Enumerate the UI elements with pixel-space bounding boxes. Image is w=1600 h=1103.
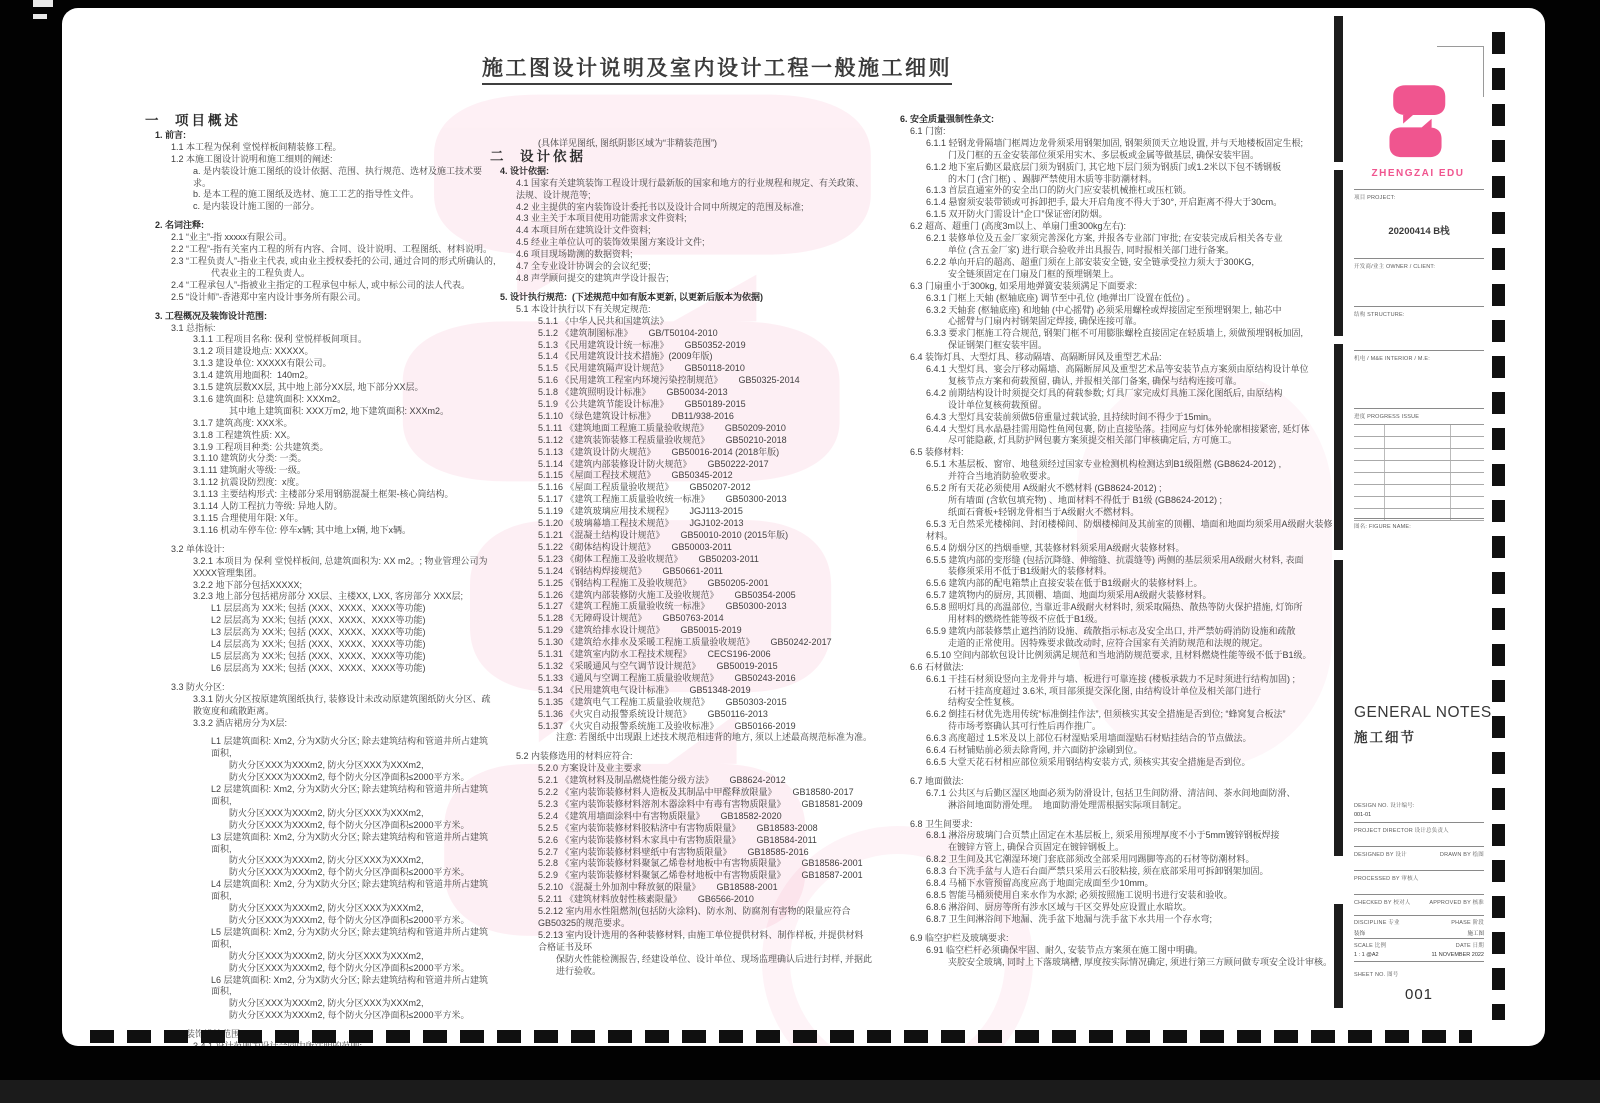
drawn-by-label: DRAWN BY 绘图: [1440, 850, 1484, 858]
text-line: 3.2.3 地上部分包括裙房部分 XX层、主楼XX, LXX, 客房部分 XXX…: [145, 591, 497, 603]
text-line: 5.1.4 《民用建筑设计技术措施》(2009年版): [490, 351, 872, 363]
text-line: 5.1.23 《砌体工程施工及验收规范》GB50203-2011: [490, 554, 872, 566]
text-line: 6.5.6 建筑内部的配电箱禁止直接安装在低于B1级耐火的装修材料上。: [900, 578, 1338, 590]
text-line: 5.1.32 《采暖通风与空气调节设计规范》GB50019-2015: [490, 661, 872, 673]
text-line: 在镀锌方管上, 确保合页固定在镀锌钢板上。: [900, 842, 1338, 854]
text-line: 防火分区XXX为XXXm2, 每个防火分区净面积≤2000平方米。: [145, 820, 497, 832]
text-line: 1.2 本施工图设计说明和施工细则的阐述:: [145, 154, 497, 166]
text-line: 防火分区XXX为XXXm2, 每个防火分区净面积≤2000平方米。: [145, 867, 497, 879]
text-line: 注意: 若图纸中出现跟上述技术规范相违背的地方, 须以上述最高规范标准为准。: [490, 732, 872, 744]
text-line: 6.5.7 建筑物内的厨房, 其顶棚、墙面、地面均须采用A级耐火装修材料。: [900, 590, 1338, 602]
text-line: 6.5.3 无自然采光楼梯间、封闭楼梯间、防烟楼梯间及其前室的顶棚、墙面和地面均…: [900, 519, 1338, 543]
divider: [1354, 961, 1484, 962]
me-label: 机电 / M&E INTERIOR / M.E:: [1354, 354, 1484, 362]
text-line: 防火分区XXX为XXXm2, 每个防火分区净面积≤2000平方米。: [145, 1010, 497, 1022]
text-line: 5.1.24 《钢结构焊接规范》GB50661-2011: [490, 566, 872, 578]
text-line: 6.4.2 前期结构设计时须提交灯具的荷载参数; 灯具厂家完成灯具施工深化图纸后…: [900, 388, 1338, 400]
text-line: 3.2.1 本项目为 保利 堂悦样板间, 总建筑面积为: XX m2。; 物业管…: [145, 556, 497, 580]
text-line: 5.2.12 室内用水性阻燃剂(包括防火涂料)、防水剂、防腐剂有害物的限量应符合…: [490, 906, 872, 930]
sheet-no-label: SHEET NO. 图号: [1354, 970, 1484, 978]
text-line: 夹胶安全玻璃, 同时上下落玻璃槽, 厚度按实际情况确定, 须进行第三方顾问做专项…: [900, 957, 1338, 969]
progress-row: [1354, 449, 1484, 461]
text-line: 4.7 全专业设计协调会的会议纪要;: [490, 261, 872, 273]
notes-column-3: 6. 安全质量强制性条文:6.1 门窗:6.1.1 轻钢龙骨隔墙门框周边龙骨须采…: [900, 114, 1338, 968]
text-line: 6.8.5 智能马桶须使用自来水作为水源; 必须按照施工说明书进行安装和验收。: [900, 890, 1338, 902]
text-line: 防火分区XXX为XXXm2, 防火分区XXX为XXXm2,: [145, 808, 497, 820]
text-line: 6.8 卫生间要求:: [900, 819, 1338, 831]
divider: [1354, 258, 1484, 259]
text-line: 5.1.26 《建筑内部装修防火施工及验收规范》GB50354-2005: [490, 590, 872, 602]
text-line: 结构安全性复核。: [900, 697, 1338, 709]
text-line: 2.4 “工程承包人”-指被业主指定的工程承包中标人, 或中标公司的法人代表。: [145, 280, 497, 292]
discipline-phase-row: DISCIPLINE 专业 PHASE 阶段: [1354, 918, 1484, 926]
text-line: 5.1.36 《火灾自动报警系统设计规范》GB50116-2013: [490, 709, 872, 721]
screen: 施工图设计说明及室内设计工程一般施工细则 一 项目概述1. 前言:1.1 本工程…: [0, 0, 1600, 1103]
text-line: L3 层建筑面积: Xm2, 分为X防火分区; 除去建筑结构和管道井所占建筑面积…: [145, 832, 497, 856]
text-line: 1.1 本工程为保利 堂悦样板间精装修工程。: [145, 142, 497, 154]
text-line: 6.5.1 木基层板、窗帘、地毯须经过国家专业检测机构检测达到B1级阻燃 (GB…: [900, 459, 1338, 471]
design-no-label: DESIGN NO. 设计编号:: [1354, 801, 1484, 809]
text-line: L2 层建筑面积: Xm2, 分为X防火分区; 除去建筑结构和管道井所占建筑面积…: [145, 784, 497, 808]
text-line: 3. 工程概况及装饰设计范围:: [145, 311, 497, 323]
text-line: 6.2.2 单向开启的超高、超重门须在上部安装安全链, 安全链承受拉力须大于30…: [900, 257, 1338, 269]
approved-by-label: APPROVED BY 核准: [1429, 898, 1484, 906]
titleblock-bar: [1334, 560, 1343, 856]
scale-label: SCALE 比例: [1354, 941, 1386, 949]
text-line: 6.5.5 建筑内部的变形缝 (包括沉降缝、伸缩缝、抗震缝等) 两侧的基层须采用…: [900, 555, 1338, 567]
text-line: 5.1.8 《建筑照明设计标准》GB50034-2013: [490, 387, 872, 399]
progress-row: [1354, 497, 1484, 509]
text-line: 5.1.25 《钢结构工程施工及验收规范》GB50205-2001: [490, 578, 872, 590]
text-line: 6.4 装饰灯具、大型灯具、移动隔墙、高隔断屏风及重型艺术品:: [900, 352, 1338, 364]
text-line: 5.2.8 《室内装饰装修材料聚氯乙烯卷材地板中有害物质限量》GB18586-2…: [490, 858, 872, 870]
text-line: 3.1.5 建筑层数XX层, 其中地上部分XX层, 地下部分XX层。: [145, 382, 497, 394]
project-label: 项目 PROJECT:: [1354, 193, 1484, 201]
film-notch: [33, 0, 53, 7]
text-line: 3.1.6 建筑面积: 总建筑面积: XXXm2。: [145, 394, 497, 406]
brand-name: ZHENGZAI EDU: [1347, 168, 1489, 179]
progress-label: 进度 PROGRESS ISSUE: [1354, 412, 1484, 420]
text-line: 3.1.11 建筑耐火等级: 一级。: [145, 465, 497, 477]
text-line: a. 是内装设计施工图纸的设计依据、范围、执行规范、选材及施工技术要求。: [145, 166, 497, 190]
text-line: 5.1.21 《混凝土结构设计规范》GB50010-2010 (2015年版): [490, 530, 872, 542]
text-line: 5.1.14 《建筑内部装修设计防火规范》GB50222-2017: [490, 459, 872, 471]
text-line: 4.5 经业主单位认可的装饰效果图方案设计文件;: [490, 237, 872, 249]
progress-row: [1354, 509, 1484, 521]
text-line: 6.5.2 所有天花必须使用 A级耐火不燃材料 (GB8624-2012) ;: [900, 483, 1338, 495]
divider: [1354, 306, 1484, 307]
text-line: 4.3 业主关于本项目使用功能需求文件资料;: [490, 213, 872, 225]
progress-row: [1354, 437, 1484, 449]
divider: [1354, 938, 1484, 939]
perforation-right: [1492, 32, 1505, 1020]
text-line: 4.2 业主提供的室内装饰设计委托书以及设计合同中所规定的范围及标准;: [490, 202, 872, 214]
text-line: 防火分区XXX为XXXm2, 防火分区XXX为XXXm2,: [145, 903, 497, 915]
text-line: 5.1.17 《建筑工程施工质量验收统一标准》GB50300-2013: [490, 494, 872, 506]
text-line: 6.5.9 建筑内部装修禁止遮挡消防设施、疏散指示标志及安全出口, 并严禁妨碍消…: [900, 626, 1338, 638]
text-line: 5.1.29 《建筑给排水设计规范》GB50015-2019: [490, 625, 872, 637]
text-line: L4 层层高为 XX米; 包括 (XXX、XXXX、XXXX等功能): [145, 639, 497, 651]
text-line: 5.1.37 《火灾自动报警系统施工及验收标准》GB50166-2019: [490, 721, 872, 733]
text-line: L6 层建筑面积: Xm2, 分为X防火分区; 除去建筑结构和管道井所占建筑面积…: [145, 975, 497, 999]
page-title: 施工图设计说明及室内设计工程一般施工细则: [97, 52, 1337, 82]
divider: [1354, 350, 1484, 351]
text-line: 5.1.3 《民用建筑设计统一标准》GB50352-2019: [490, 340, 872, 352]
text-line: 6.5.8 照明灯具的高温部位, 当靠近非A级耐火材料时, 须采取隔热、散热等防…: [900, 602, 1338, 614]
text-line: 3.1.3 建设单位: XXXXX有限公司。: [145, 358, 497, 370]
project-value: 20200414 B栈: [1354, 223, 1484, 237]
scale-date-values: 1 : 1 @A2 11 NOVEMBER 2022: [1354, 952, 1484, 958]
divider: [1354, 822, 1484, 823]
text-line: 6.3.1 门框上天轴 (枢轴底座) 调节至中孔位 (地弹出厂设置在低位) 。: [900, 293, 1338, 305]
film-notch: [33, 14, 47, 19]
divider: [1354, 915, 1484, 916]
text-line: b. 是本工程的施工图纸及选材、施工工艺的指导性文件。: [145, 189, 497, 201]
text-line: L3 层层高为 XX米; 包括 (XXX、XXXX、XXXX等功能): [145, 627, 497, 639]
text-line: 的木门 (含门框) 、踢脚严禁使用木质等非防潮材料。: [900, 174, 1338, 186]
titleblock-bar: [1334, 16, 1343, 162]
text-line: 4.8 声学顾问提交的建筑声学设计报告;: [490, 273, 872, 285]
text-line: 3.1.12 抗震设防烈度: x度。: [145, 477, 497, 489]
processed-by-label: PROCESSED BY 审核人: [1354, 874, 1484, 882]
text-line: 6. 安全质量强制性条文:: [900, 114, 1338, 126]
text-line: 6.1.2 地下室后勤区最底层门须为钢质门, 其它地下层门须为钢质门或1.2米以…: [900, 162, 1338, 174]
text-line: 6.2.1 装修单位及五金厂家须完善深化方案, 并报各专业部门审批; 在安装完成…: [900, 233, 1338, 245]
text-line: 1. 前言:: [145, 130, 497, 142]
text-line: 5.2.1 《建筑材料及制品燃烧性能分级方法》GB8624-2012: [490, 775, 872, 787]
text-line: 6.6.3 高度超过 1.5米及以上部位石材湿贴采用墙面湿贴石材贴挂结合的节点做…: [900, 733, 1338, 745]
text-line: 设计单位复核荷载预留。: [900, 400, 1338, 412]
text-line: 走道的正常使用。因特殊要求做改动时, 应符合国家有关消防规范和法规的规定。: [900, 638, 1338, 650]
titleblock-bar: [1334, 344, 1343, 550]
text-line: 5.1.22 《砌体结构设计规范》GB50003-2011: [490, 542, 872, 554]
discipline-phase-values: 装饰 施工图: [1354, 929, 1484, 937]
taskbar-strip: [0, 1080, 1600, 1103]
text-line: 5.1.16 《屋面工程质量验收规范》GB50207-2012: [490, 482, 872, 494]
text-line: 4.1 国家有关建筑装饰工程设计现行最新版的国家和地方的行业规程和规定、有关政策…: [490, 178, 872, 202]
text-line: 4. 设计依据:: [490, 166, 872, 178]
text-line: 并符合当地消防验收要求。: [900, 471, 1338, 483]
text-line: 6.1.3 首层直通室外的安全出口的防火门应安装机械推杠或压杠锁。: [900, 185, 1338, 197]
text-line: 装修须采用不低于B1级耐火的装修材料。: [900, 566, 1338, 578]
text-line: 3.1.14 人防工程抗力等级: 异地人防。: [145, 501, 497, 513]
text-line: 石材干挂高度超过 3.6米, 项目部须提交深化图, 由结构设计单位及相关部门进行: [900, 686, 1338, 698]
text-line: 5.2.0 方案设计及业主要求: [490, 763, 872, 775]
text-line: 所有墙面 (含软包填充物) 、地面材料不得低于 B1级 (GB8624-2012…: [900, 495, 1338, 507]
text-line: 6.1.1 轻钢龙骨隔墙门框周边龙骨须采用钢架加固, 钢架须顶天立地设置, 并与…: [900, 138, 1338, 150]
text-line: 6.5.10 空间内部软包设计比例须满足规范和当地消防规范要求, 且材料燃烧性能…: [900, 650, 1338, 662]
text-line: 5.1.1 《中华人民共和国建筑法》: [490, 316, 872, 328]
text-line: 6.4.3 大型灯具安装前须做5倍重量过载试验, 且持续时间不得少于15min。: [900, 412, 1338, 424]
divider: [1354, 846, 1484, 847]
text-line: 6.8.4 马桶下水管预留高度应高于地面完成面至少10mm。: [900, 878, 1338, 890]
titleblock-bar: [1334, 170, 1343, 336]
text-line: L5 层层高为 XX米; 包括 (XXX、XXXX、XXXX等功能): [145, 651, 497, 663]
text-line: 单位 (含五金厂家) 进行联合验收并出具报告, 同时报相关部门进行备案。: [900, 245, 1338, 257]
text-line: 6.91 临空栏杆必须确保牢固、耐久, 安装节点方案须在施工图中明确。: [900, 945, 1338, 957]
text-line: 5.1.31 《建筑室内防水工程技术规程》CECS196-2006: [490, 649, 872, 661]
text-line: 其中地上建筑面积: XXX万m2, 地下建筑面积: XXXm2。: [145, 406, 497, 418]
structure-label: 结构 STRUCTURE:: [1354, 310, 1484, 318]
discipline-label: DISCIPLINE 专业: [1354, 918, 1400, 926]
designed-by-label: DESIGNED BY 设计: [1354, 850, 1407, 858]
text-line: 2.1 “业主”-指 xxxxx有限公司。: [145, 232, 497, 244]
text-line: 6.1 门窗:: [900, 126, 1338, 138]
text-line: 6.8.2 卫生间及其它潮湿环境门套底部须改全部采用同踢脚等高的石材等防潮材料。: [900, 854, 1338, 866]
text-line: 3.3.2 酒店裙房分为X层:: [145, 718, 497, 730]
text-line: 6.4.1 大型灯具、宴会厅移动隔墙、高隔断屏风及重型艺术品等安装节点方案须由原…: [900, 364, 1338, 376]
text-line: 尽可能隐蔽, 灯具防护网包裹方案须提交相关部门审核确定后, 方可施工。: [900, 435, 1338, 447]
designed-drawn-row: DESIGNED BY 设计 DRAWN BY 绘图: [1354, 850, 1484, 858]
text-line: 3.1.4 建筑用地面积: 140m2。: [145, 370, 497, 382]
text-line: 用材料的燃烧性能等级不应低于B1级。: [900, 614, 1338, 626]
text-line: 5.1.6 《民用建筑工程室内环境污染控制规范》GB50325-2014: [490, 375, 872, 387]
divider: [1354, 189, 1484, 190]
sheet-number: 001: [1354, 986, 1484, 1003]
brand-logo-icon: [1387, 84, 1449, 160]
text-line: 5.2.10 《混凝土外加剂中释放氨的限量》GB18588-2001: [490, 882, 872, 894]
text-line: 3.2 单体设计:: [145, 544, 497, 556]
text-line: L1 层建筑面积: Xm2, 分为X防火分区; 除去建筑结构和管道井所占建筑面积…: [145, 736, 497, 760]
phase-value: 施工图: [1467, 929, 1484, 937]
text-line: 防火分区XXX为XXXm2, 防火分区XXX为XXXm2,: [145, 760, 497, 772]
divider: [1354, 518, 1484, 519]
text-line: 保防火性能检测报告, 经建设单位、设计单位、现场监理确认后进行封样, 并据此进行…: [490, 954, 872, 978]
text-line: 6.8.3 台下洗手盆与人造石台面严禁只采用云石胶粘接, 须在底部采用可拆卸钢架…: [900, 866, 1338, 878]
text-line: 3.3 防火分区:: [145, 682, 497, 694]
text-line: 6.8.6 淋浴间、厨房等所有涉水区域与干区交界处应设置止水暗坎。: [900, 902, 1338, 914]
text-line: 5.2.2 《室内装饰装修材料人造板及其制品中甲醛释放限量》GB18580-20…: [490, 787, 872, 799]
sheet-title-cn: 施工细节: [1354, 726, 1494, 746]
project-director-label: PROJECT DIRECTOR 设计总负责人: [1354, 826, 1484, 834]
text-line: 5.1.27 《建筑工程施工质量验收统一标准》GB50300-2013: [490, 601, 872, 613]
text-line: 5.1 本设计执行以下有关规定规范:: [490, 304, 872, 316]
text-line: 防火分区XXX为XXXm2, 每个防火分区净面积≤2000平方米。: [145, 915, 497, 927]
text-line: 6.6.2 倒挂石材优先选用传统“标准倒挂作法”, 但须核实其安全措施是否到位;…: [900, 709, 1338, 721]
divider: [1354, 870, 1484, 871]
text-line: 2.3 “工程负责人”-指业主代表, 或由业主授权委托的公司, 通过合同的形式所…: [145, 256, 497, 268]
text-line: 5.1.11 《建筑地面工程施工质量验收规范》GB50209-2010: [490, 423, 872, 435]
text-line: 防火分区XXX为XXXm2, 每个防火分区净面积≤2000平方米。: [145, 963, 497, 975]
scale-date-row: SCALE 比例 DATE 日期: [1354, 941, 1484, 949]
text-line: 5.1.10 《绿色建筑设计标准》DB11/938-2016: [490, 411, 872, 423]
text-line: 5.1.9 《公共建筑节能设计标准》GB50189-2015: [490, 399, 872, 411]
text-line: 6.3 门扇重小于300kg, 如采用地弹簧安装须满足下面要求:: [900, 281, 1338, 293]
text-line: 安全链须固定在门扇及门框的预埋钢架上。: [900, 269, 1338, 281]
text-line: 5.2.3 《室内装饰装修材料溶剂木器涂料中有毒有害物质限量》GB18581-2…: [490, 799, 872, 811]
text-line: 5.1.34 《民用建筑电气设计标准》GB51348-2019: [490, 685, 872, 697]
text-line: 6.2 超高、超重门 (高度3m以上、单扇门重300kg左右):: [900, 221, 1338, 233]
text-line: 3.3.1 防火分区按原建筑图纸执行, 装修设计未改动原建筑图纸防火分区、疏散宽…: [145, 694, 497, 718]
text-line: L4 层建筑面积: Xm2, 分为X防火分区; 除去建筑结构和管道井所占建筑面积…: [145, 879, 497, 903]
text-line: 3.1.7 建筑高度: XXX米。: [145, 418, 497, 430]
checked-approved-row: CHECKED BY 校对人 APPROVED BY 核准: [1354, 898, 1484, 906]
text-line: 5.1.30 《建筑给水排水及采暖工程施工质量验收规范》GB50242-2017: [490, 637, 872, 649]
text-line: L5 层建筑面积: Xm2, 分为X防火分区; 除去建筑结构和管道井所占建筑面积…: [145, 927, 497, 951]
text-line: 6.8.1 淋浴房玻璃门合页禁止固定在木基层板上, 须采用预埋厚度不小于5mm镀…: [900, 830, 1338, 842]
text-line: 一 项目概述: [145, 115, 497, 127]
text-line: 5.2.6 《室内装饰装修材料木家具中有害物质限量》GB18584-2011: [490, 835, 872, 847]
text-line: 3.1.10 建筑防火分类: 一类。: [145, 453, 497, 465]
text-line: 3.1.2 项目建设地点: XXXXX。: [145, 346, 497, 358]
text-line: 3.2.2 地下部分包括XXXXX;: [145, 580, 497, 592]
text-line: 5.2.11 《建筑材料放射性核素限量》GB6566-2010: [490, 894, 872, 906]
text-line: 纸面石膏板+轻钢龙骨相当于A级耐火不燃材料。: [900, 507, 1338, 519]
text-line: 防火分区XXX为XXXm2, 防火分区XXX为XXXm2,: [145, 951, 497, 963]
figure-name-label: 图名: FIGURE NAME:: [1354, 522, 1484, 530]
progress-row: [1354, 485, 1484, 497]
text-line: 5.1.28 《无障碍设计规范》GB50763-2014: [490, 613, 872, 625]
text-line: 6.6.4 石材铺贴前必须去除背网, 并六面防护涂刷到位。: [900, 745, 1338, 757]
text-line: 3.1.16 机动车停车位: 停车x辆; 其中地上x辆, 地下x辆。: [145, 525, 497, 537]
progress-row: [1354, 425, 1484, 437]
text-line: 6.6.5 大堂天花石材相应部位须采用钢结构安装方式, 须核实其安全措施是否到位…: [900, 757, 1338, 769]
text-line: 6.1.5 双开防火门需设计“企口”保证密闭防烟。: [900, 209, 1338, 221]
text-line: 3.1 总指标:: [145, 323, 497, 335]
text-line: 5.2 内装修选用的材料应符合:: [490, 751, 872, 763]
text-line: 5.1.20 《玻璃幕墙工程技术规范》JGJ102-2013: [490, 518, 872, 530]
text-line: 5.2.4 《建筑用墙面涂料中有害物质限量》GB18582-2020: [490, 811, 872, 823]
divider: [1354, 408, 1484, 409]
text-line: 3.1.1 工程项目名称: 保利 堂悦样板间项目。: [145, 334, 497, 346]
text-line: 5.1.33 《通风与空调工程施工质量验收规范》GB50243-2016: [490, 673, 872, 685]
drawing-sheet: 施工图设计说明及室内设计工程一般施工细则 一 项目概述1. 前言:1.1 本工程…: [62, 8, 1545, 1046]
text-line: 5.2.13 室内设计选用的各种装修材料, 由施工单位提供材料、制作样板, 并提…: [490, 930, 872, 954]
divider: [1354, 894, 1484, 895]
notes-column-2: (具体详见图纸, 图纸阴影区域为“非精装范围”)二 设计依据4. 设计依据:4.…: [490, 138, 872, 978]
text-line: 6.3.2 天轴套 (枢轴底座) 和地轴 (中心摇臂) 必须采用螺栓或焊接固定至…: [900, 305, 1338, 317]
text-line: 6.4.4 大型灯具水晶悬挂需用隐性鱼网包裹, 防止直接坠落。挂网应与灯体外轮廓…: [900, 424, 1338, 436]
text-line: 5.2.9 《室内装饰装修材料聚氯乙烯卷材地板中有害物质限量》GB18587-2…: [490, 870, 872, 882]
text-line: 5.1.15 《屋面工程技术规范》GB50345-2012: [490, 470, 872, 482]
text-line: 6.5 装修材料:: [900, 447, 1338, 459]
text-line: 6.7 地面做法:: [900, 776, 1338, 788]
phase-label: PHASE 阶段: [1451, 918, 1484, 926]
text-line: 6.6 石材做法:: [900, 662, 1338, 674]
text-line: 5.1.35 《建筑电气工程施工质量验收规范》GB50303-2015: [490, 697, 872, 709]
design-no-value: 001-01: [1354, 812, 1484, 818]
text-line: 保证钢架门框安装牢固。: [900, 340, 1338, 352]
text-line: 3.1.13 主要结构形式: 主楼部分采用钢筋混凝土框架-核心筒结构。: [145, 489, 497, 501]
text-line: 门及门框的五金安装部位须采用实木、多层板或金属等做基层, 确保安装牢固。: [900, 150, 1338, 162]
date-label: DATE 日期: [1456, 941, 1484, 949]
text-line: 6.5.4 防烟分区的挡烟垂壁, 其装修材料须采用A级耐火装修材料。: [900, 543, 1338, 555]
text-line: 心摇臂与门扇内衬钢架固定焊接, 确保连接可靠。: [900, 316, 1338, 328]
perforation-bottom: [90, 1030, 1472, 1043]
text-line: 4.4 本项目所在建筑设计文件资料;: [490, 225, 872, 237]
text-line: 6.7.1 公共区与后勤区湿区地面必须为防滑设计, 包括卫生间防滑、清洁间、茶水…: [900, 788, 1338, 800]
owner-label: 开发商/业主 OWNER / CLIENT:: [1354, 262, 1484, 270]
text-line: 6.9 临空护栏及玻璃要求:: [900, 933, 1338, 945]
text-line: L2 层层高为 XX米; 包括 (XXX、XXXX、XXXX等功能): [145, 615, 497, 627]
titleblock-bar: [1334, 904, 1343, 1008]
text-line: 4.6 项目现场勘测的数据资料;: [490, 249, 872, 261]
text-line: 5.2.7 《室内装饰装修材料壁纸中有害物质限量》GB18585-2016: [490, 847, 872, 859]
progress-table: [1354, 424, 1484, 521]
text-line: L6 层层高为 XX米; 包括 (XXX、XXXX、XXXX等功能): [145, 663, 497, 675]
text-line: 待市场考察确认其可行性后再作推广。: [900, 721, 1338, 733]
text-line: 2. 名词注释:: [145, 220, 497, 232]
sheet-title-en: GENERAL NOTES: [1354, 704, 1494, 722]
text-line: 2.5 “设计师”-香港郑中室内设计事务所有限公司。: [145, 292, 497, 304]
text-line: 淋浴间地面防滑处理。 地面防滑处理需根据实际项目制定。: [900, 800, 1338, 812]
checked-by-label: CHECKED BY 校对人: [1354, 898, 1411, 906]
text-line: 2.2 “工程”-指有关室内工程的所有内容、合同、设计说明、工程图纸、材料说明。: [145, 244, 497, 256]
text-line: 防火分区XXX为XXXm2, 每个防火分区净面积≤2000平方米。: [145, 772, 497, 784]
text-line: 6.6.1 干挂石材须设竖向主龙骨并与墙、板进行可靠连接 (楼板承载力不足时须进…: [900, 674, 1338, 686]
text-line: L1 层层高为 XX米; 包括 (XXX、XXXX、XXXX等功能): [145, 603, 497, 615]
text-line: 5.1.19 《建筑玻璃应用技术规程》JGJ113-2015: [490, 506, 872, 518]
text-line: 防火分区XXX为XXXm2, 防火分区XXX为XXXm2,: [145, 855, 497, 867]
notes-column-1: 一 项目概述1. 前言:1.1 本工程为保利 堂悦样板间精装修工程。1.2 本施…: [145, 114, 497, 1046]
date-value: 11 NOVEMBER 2022: [1432, 952, 1484, 958]
text-line: 代表业主的工程负责人。: [145, 268, 497, 280]
text-line: 5.1.5 《民用建筑隔声设计规范》GB50118-2010: [490, 363, 872, 375]
text-line: 3.1.15 合理使用年限: X年。: [145, 513, 497, 525]
text-line: 6.8.7 卫生间淋浴间下地漏、洗手盆下地漏与洗手盆下水共用一个存水弯;: [900, 914, 1338, 926]
text-line: 二 设计依据: [490, 151, 872, 163]
text-line: c. 是内装设计施工图的一部分。: [145, 201, 497, 213]
text-line: 5. 设计执行规范: (下述规范中如有版本更新, 以更新后版本为依据): [490, 292, 872, 304]
text-line: 5.1.2 《建筑制图标准》GB/T50104-2010: [490, 328, 872, 340]
text-line: 复核节点方案和荷载预留, 确认, 并报相关部门备案, 确保与结构连接可靠。: [900, 376, 1338, 388]
text-line: 6.3.3 要求门框施工符合规范, 钢架门框不可用膨胀螺栓直接固定在轻质墙上, …: [900, 328, 1338, 340]
text-line: 3.1.8 工程建筑性质: XX。: [145, 430, 497, 442]
text-line: 3.1.9 工程项目种类: 公共建筑类。: [145, 442, 497, 454]
progress-row: [1354, 473, 1484, 485]
text-line: 5.2.5 《室内装饰装修材料胶粘济中有害物质限量》GB18583-2008: [490, 823, 872, 835]
text-line: 6.1.4 悬窗须安装带锁或可拆卸把手, 最大开启角度不得大于30°, 开启距离…: [900, 197, 1338, 209]
text-line: 防火分区XXX为XXXm2, 防火分区XXX为XXXm2,: [145, 998, 497, 1010]
text-line: 5.1.12 《建筑装饰装修工程质量验收规范》GB50210-2018: [490, 435, 872, 447]
scale-value: 1 : 1 @A2: [1354, 952, 1379, 958]
progress-row: [1354, 461, 1484, 473]
discipline-value: 装饰: [1354, 929, 1365, 937]
text-line: 5.1.13 《建筑设计防火规范》GB50016-2014 (2018年版): [490, 447, 872, 459]
